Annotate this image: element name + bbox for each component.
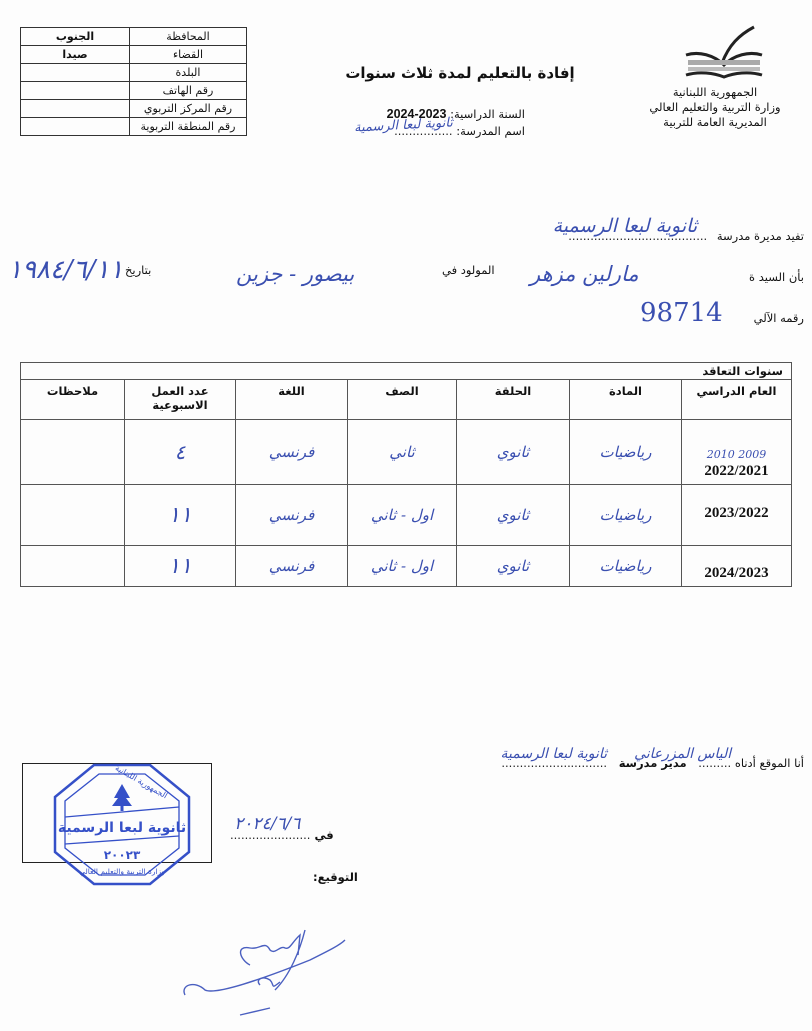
info-row-phone: رقم الهاتف: [21, 82, 247, 100]
stamp-center-text: ثانوية لبعا الرسمية: [58, 820, 186, 836]
document-title: إفادة بالتعليم لمدة ثلاث سنوات: [330, 64, 590, 82]
signature-label: التوقيع:: [313, 870, 358, 884]
cell-notes: [21, 485, 125, 546]
info-label: رقم الهاتف: [130, 82, 247, 100]
born-in-label: المولود في: [442, 263, 495, 277]
table-row: 2023/2022 رياضيات ثانوي اول - ثاني فرنسي…: [21, 485, 792, 546]
cell-subject: رياضيات: [570, 420, 682, 485]
academic-year-label: السنة الدراسية:: [450, 107, 525, 121]
cell-language: فرنسي: [236, 546, 348, 587]
col-header-language: اللغة: [236, 380, 348, 420]
info-row-governorate: المحافظة الجنوب: [21, 28, 247, 46]
director-label: تفيد مديرة مدرسة: [717, 229, 804, 243]
cell-cycle: ثانوي: [457, 485, 570, 546]
contract-table-header-row: العام الدراسي المادة الحلقة الصف اللغة ع…: [21, 380, 792, 420]
info-value: [21, 100, 130, 118]
signer-line: أنا الموقع أدناه ......... الياس المزرعا…: [501, 756, 804, 770]
in-label: في: [314, 828, 333, 842]
person-name-handwritten: مارلين مزهر: [530, 262, 639, 286]
signer-name-handwritten: الياس المزرعاني: [634, 746, 731, 762]
cell-academic-year: 2009 2010 2022/2021: [682, 420, 792, 485]
year-handwritten-note: 2009 2010: [686, 448, 787, 461]
info-label: رقم المركز التربوي: [130, 100, 247, 118]
school-name-label: اسم المدرسة:: [456, 124, 525, 138]
col-header-notes: ملاحظات: [21, 380, 125, 420]
director-school-handwritten: ثانوية لبعا الرسمية: [553, 215, 698, 237]
info-label: المحافظة: [130, 28, 247, 46]
cell-notes: [21, 420, 125, 485]
info-label: القضاء: [130, 46, 247, 64]
signer-school-field: .......... ثانوية لبعا الرسمية: [567, 756, 607, 770]
cell-grade: اول - ثاني: [348, 485, 457, 546]
person-name-label: بأن السيد ة: [749, 270, 804, 284]
info-value: [21, 64, 130, 82]
director-line: تفيد مديرة مدرسة .......................…: [568, 229, 804, 243]
contract-years-table: سنوات التعاقد العام الدراسي المادة الحلق…: [20, 362, 792, 587]
ministry-line-ministry: وزارة التربية والتعليم العالي: [620, 100, 810, 115]
cell-academic-year: 2024/2023: [682, 546, 792, 587]
col-header-weekly-hours: عدد العمل الاسبوعية: [125, 380, 236, 420]
official-school-stamp: ثانوية لبعا الرسمية ٢٠٠٢٣ الجمهورية اللب…: [52, 762, 192, 887]
ministry-line-directorate: المديرية العامة للتربية: [620, 115, 810, 130]
cell-subject: رياضيات: [570, 546, 682, 587]
handwritten-signature: [180, 920, 350, 1020]
info-value: [21, 82, 130, 100]
info-value: الجنوب: [21, 28, 130, 46]
cell-weekly-hours: ١١: [125, 546, 236, 587]
cell-weekly-hours: ١١: [125, 485, 236, 546]
info-row-town: البلدة: [21, 64, 247, 82]
director-school-field: ...................................... ث…: [568, 229, 707, 243]
year-value: 2022/2021: [704, 463, 768, 479]
info-label: البلدة: [130, 64, 247, 82]
date-field: ...................... ٢٠٢٤/٦/٦: [230, 828, 310, 842]
date-line: في ...................... ٢٠٢٤/٦/٦: [230, 828, 334, 842]
stamp-bottom-text: وزارة التربية والتعليم العالي: [79, 867, 165, 876]
cell-cycle: ثانوي: [457, 546, 570, 587]
col-header-cycle: الحلقة: [457, 380, 570, 420]
info-row-district: القضاء صيدا: [21, 46, 247, 64]
stamp-number: ٢٠٠٢٣: [104, 848, 141, 862]
cell-notes: [21, 546, 125, 587]
id-number-handwritten: 98714: [640, 298, 723, 328]
location-info-table: المحافظة الجنوب القضاء صيدا البلدة رقم ا…: [20, 27, 247, 136]
date-handwritten: ٢٠٢٤/٦/٦: [234, 814, 300, 834]
cell-grade: ثاني: [348, 420, 457, 485]
school-name-line: اسم المدرسة: ................ ثانوية لبع…: [394, 124, 525, 138]
signer-name-field: ......... الياس المزرعاني: [695, 756, 732, 770]
ministry-header: الجمهورية اللبنانية وزارة التربية والتعل…: [620, 85, 810, 130]
signer-school-handwritten: ثانوية لبعا الرسمية: [501, 746, 608, 762]
table-row: 2009 2010 2022/2021 رياضيات ثانوي ثاني ف…: [21, 420, 792, 485]
signer-label: أنا الموقع أدناه: [735, 756, 804, 770]
birth-date-label: بتاريخ: [125, 263, 151, 277]
col-header-academic-year: العام الدراسي: [682, 380, 792, 420]
info-value: [21, 118, 130, 136]
col-header-subject: المادة: [570, 380, 682, 420]
contract-table-caption-row: سنوات التعاقد: [21, 363, 792, 380]
cell-subject: رياضيات: [570, 485, 682, 546]
id-number-label: رقمه الآلي: [754, 311, 804, 325]
table-row: 2024/2023 رياضيات ثانوي اول - ثاني فرنسي…: [21, 546, 792, 587]
info-row-center-number: رقم المركز التربوي: [21, 100, 247, 118]
cell-cycle: ثانوي: [457, 420, 570, 485]
cell-grade: اول - ثاني: [348, 546, 457, 587]
info-row-region-number: رقم المنطقة التربوية: [21, 118, 247, 136]
ministry-book-logo-icon: [684, 25, 764, 80]
info-label: رقم المنطقة التربوية: [130, 118, 247, 136]
cell-language: فرنسي: [236, 485, 348, 546]
ministry-line-republic: الجمهورية اللبنانية: [620, 85, 810, 100]
cell-language: فرنسي: [236, 420, 348, 485]
cell-weekly-hours: ٤: [125, 420, 236, 485]
birthplace-handwritten: بيصور - جزين: [236, 262, 354, 286]
col-header-grade: الصف: [348, 380, 457, 420]
info-value: صيدا: [21, 46, 130, 64]
birth-date-handwritten: ١٩٨٤/٦/١١: [8, 255, 123, 285]
cell-academic-year: 2023/2022: [682, 485, 792, 546]
contract-table-caption: سنوات التعاقد: [21, 363, 792, 380]
cedar-tree-icon: [112, 784, 132, 811]
school-name-field: ................ ثانوية لبعا الرسمية: [394, 124, 453, 138]
